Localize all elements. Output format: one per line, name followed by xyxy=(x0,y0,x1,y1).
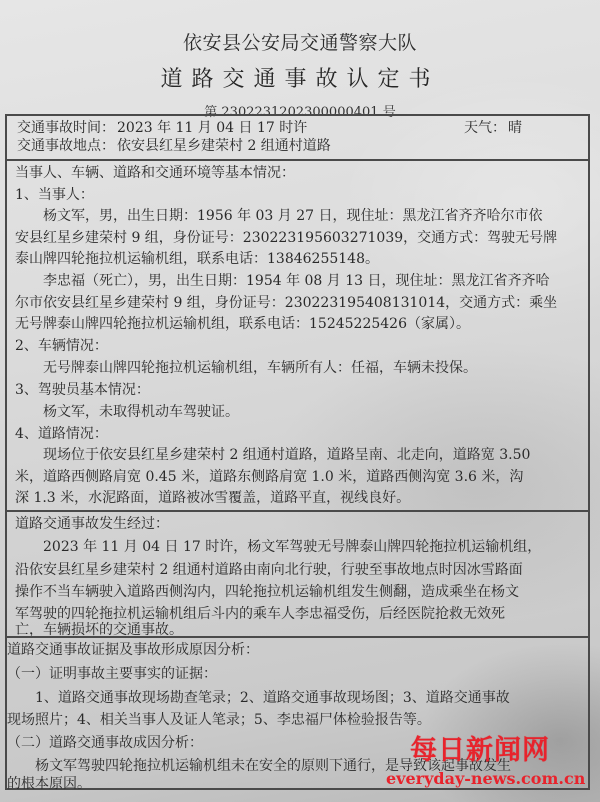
watermark-logo: 每日新闻网 xyxy=(410,728,550,767)
cause-heading: （二）道路交通事故成因分析： xyxy=(7,735,203,752)
cause-line-2: 的根本原因。 xyxy=(7,776,91,793)
accident-time-label: 交通事故时间： xyxy=(17,120,115,137)
basic-info-section: 交通事故时间： 2023 年 11 月 04 日 17 时许 天气： 晴 交通事… xyxy=(7,116,588,159)
driver-detail: 杨文军，未取得机动车驾驶证。 xyxy=(43,404,239,421)
road-detail-line-3: 深 1.3 米，水泥路面，道路被冰雪覆盖，道路平直，视线良好。 xyxy=(15,490,410,507)
process-line-3: 操作不当车辆驶入道路西侧沟内，四轮拖拉机运输机组发生侧翻，造成乘坐在杨文 xyxy=(15,584,519,601)
evidence-line-2: 现场照片；4、相关当事人及证人笔录；5、李忠福尸体检验报告等。 xyxy=(7,712,431,729)
analysis-heading: 道路交通事故证据及事故形成原因分析： xyxy=(7,642,259,659)
vehicle-detail: 无号牌泰山牌四轮拖拉机运输机组，车辆所有人：任福，车辆未投保。 xyxy=(43,360,477,377)
process-heading: 道路交通事故发生经过： xyxy=(15,516,169,533)
evidence-line-1: 1、道路交通事故现场勘查笔录；2、道路交通事故现场图；3、道路交通事故 xyxy=(35,690,510,707)
party-2-line-2: 尔市依安县红星乡建荣村 9 组，身份证号：230223195408131014，… xyxy=(15,295,557,312)
report-table: 交通事故时间： 2023 年 11 月 04 日 17 时许 天气： 晴 交通事… xyxy=(5,114,590,790)
parties-subheading: 1、当事人： xyxy=(15,187,94,204)
road-detail-line-1: 现场位于依安县红星乡建荣村 2 组通村道路，道路呈南、北走向，道路宽 3.50 xyxy=(43,447,530,464)
evidence-heading: （一）证明事故主要事实的证据： xyxy=(7,666,217,683)
document-title: 道路交通事故认定书 xyxy=(0,62,600,93)
road-subheading: 4、道路情况： xyxy=(15,426,108,443)
issuing-organization: 依安县公安局交通警察大队 xyxy=(0,28,600,55)
party-2-line-3: 无号牌泰山牌四轮拖拉机运输机组，联系电话：15245225426（家属）。 xyxy=(15,316,470,333)
party-1-line-1: 杨文军，男，出生日期：1956 年 03 月 27 日，现住址：黑龙江省齐齐哈尔… xyxy=(43,208,543,225)
road-detail-line-2: 米，道路西侧路肩宽 0.45 米，道路东侧路肩宽 1.0 米，道路西侧沟宽 3.… xyxy=(15,469,523,486)
weather-value: 晴 xyxy=(508,120,522,137)
party-1-line-3: 泰山牌四轮拖拉机运输机组，联系电话：13846255148。 xyxy=(15,251,379,268)
accident-process-section: 道路交通事故发生经过： 2023 年 11 月 04 日 17 时许，杨文军驾驶… xyxy=(7,510,588,638)
situation-heading: 当事人、车辆、道路和交通环境等基本情况： xyxy=(15,165,295,182)
party-2-line-1: 李忠福（死亡），男，出生日期：1954 年 08 月 13 日，现住址：黑龙江省… xyxy=(43,273,550,290)
weather-label: 天气： xyxy=(464,120,506,137)
basic-situation-section: 当事人、车辆、道路和交通环境等基本情况： 1、当事人： 杨文军，男，出生日期：1… xyxy=(7,159,588,512)
vehicle-subheading: 2、车辆情况： xyxy=(15,338,108,355)
process-line-1: 2023 年 11 月 04 日 17 时许，杨文军驾驶无号牌泰山牌四轮拖拉机运… xyxy=(43,539,541,556)
process-line-4: 军驾驶的四轮拖拉机运输机组后斗内的乘车人李忠福受伤，后经医院抢救无效死 xyxy=(15,606,505,623)
accident-location-label: 交通事故地点： xyxy=(17,138,115,155)
accident-time-value: 2023 年 11 月 04 日 17 时许 xyxy=(117,120,307,137)
party-1-line-2: 安县红星乡建荣村 9 组，身份证号：230223195603271039，交通方… xyxy=(15,230,557,247)
driver-subheading: 3、驾驶员基本情况： xyxy=(15,382,150,399)
accident-location-value: 依安县红星乡建荣村 2 组通村道路 xyxy=(117,138,331,155)
watermark-url: everyday-news.com.cn xyxy=(386,769,585,788)
process-line-2: 沿依安县红星乡建荣村 2 组通村道路由南向北行驶，行驶至事故地点时因冰雪路面 xyxy=(15,562,523,579)
